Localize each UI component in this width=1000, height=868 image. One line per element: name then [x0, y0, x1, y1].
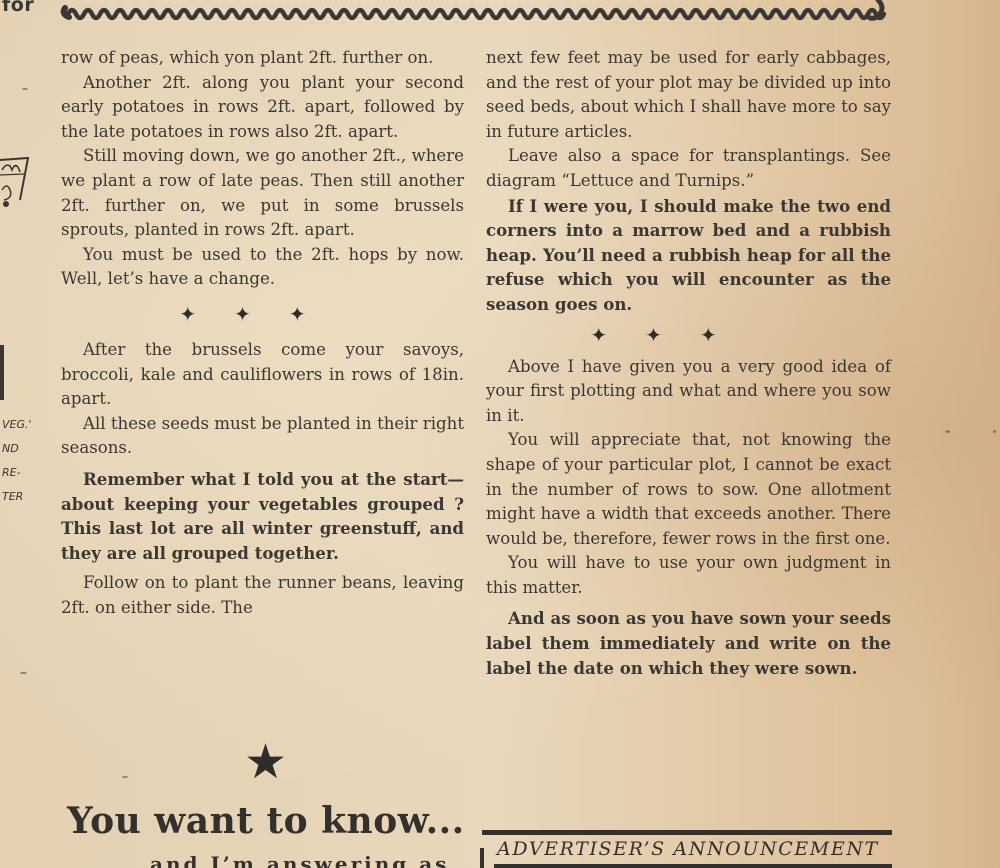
margin-caption: VEG.' ND RE- TER: [2, 413, 32, 509]
article-paragraph-bold: Remember what I told you at the start—ab…: [61, 467, 464, 565]
article-paragraph: Still moving down, we go another 2ft., w…: [61, 144, 464, 242]
four-point-star-icon: ✦: [590, 325, 607, 345]
star-icon: ★: [244, 738, 287, 786]
paper-speck: [122, 776, 128, 778]
advertisement-rule-top: [482, 830, 892, 835]
article-paragraph-bold: If I were you, I should make the two end…: [486, 194, 891, 317]
header-fragment: for: [2, 0, 34, 16]
article-paragraph: Another 2ft. along you plant your second…: [61, 71, 464, 145]
article-paragraph: row of peas, which yon plant 2ft. furthe…: [61, 46, 464, 71]
four-point-star-icon: ✦: [234, 304, 251, 324]
article-paragraph: Above I have given you a very good idea …: [486, 355, 891, 429]
advertisement-rule-bottom: [494, 864, 892, 868]
article-paragraph: You must be used to the 2ft. hops by now…: [61, 243, 464, 292]
article-paragraph: All these seeds must be planted in their…: [61, 412, 464, 461]
paper-speck: [22, 88, 28, 90]
article-paragraph: Leave also a space for transplantings. S…: [486, 144, 891, 193]
wavy-rule-decoration: [60, 0, 890, 26]
article-paragraph: You will appreciate that, not knowing th…: [486, 428, 891, 551]
margin-caption-line: VEG.': [2, 413, 32, 437]
margin-caption-line: ND: [2, 437, 32, 461]
section-divider-ornament: ✦ ✦ ✦: [61, 304, 464, 324]
four-point-star-icon: ✦: [179, 304, 196, 324]
article-paragraph: You will have to use your own judgment i…: [486, 551, 891, 600]
advertisement-side-bar: [480, 848, 484, 868]
margin-caption-line: TER: [2, 485, 32, 509]
advertisement-label: ADVERTISER’S ANNOUNCEMENT: [497, 838, 879, 860]
article-paragraph: Follow on to plant the runner beans, lea…: [61, 571, 464, 620]
article-column-right: next few feet may be used for early cabb…: [486, 46, 891, 680]
section-divider-ornament: ✦ ✦ ✦: [486, 325, 891, 345]
four-point-star-icon: ✦: [700, 325, 717, 345]
article-paragraph: next few feet may be used for early cabb…: [486, 46, 891, 144]
paper-speck: [20, 672, 27, 674]
four-point-star-icon: ✦: [289, 304, 306, 324]
article-paragraph: After the brussels come your savoys, bro…: [61, 338, 464, 412]
article-paragraph-bold: And as soon as you have sown your seeds …: [486, 606, 891, 680]
four-point-star-icon: ✦: [645, 325, 662, 345]
plant-pot-illustration: [0, 130, 36, 240]
paper-speck: [993, 430, 996, 433]
paper-speck: [945, 430, 950, 433]
section-subline: and I’m answering as: [150, 852, 449, 868]
margin-illustration-edge: [0, 345, 4, 400]
margin-caption-line: RE-: [2, 461, 32, 485]
section-headline: You want to know...: [67, 800, 465, 842]
article-column-left: row of peas, which yon plant 2ft. furthe…: [61, 46, 464, 620]
